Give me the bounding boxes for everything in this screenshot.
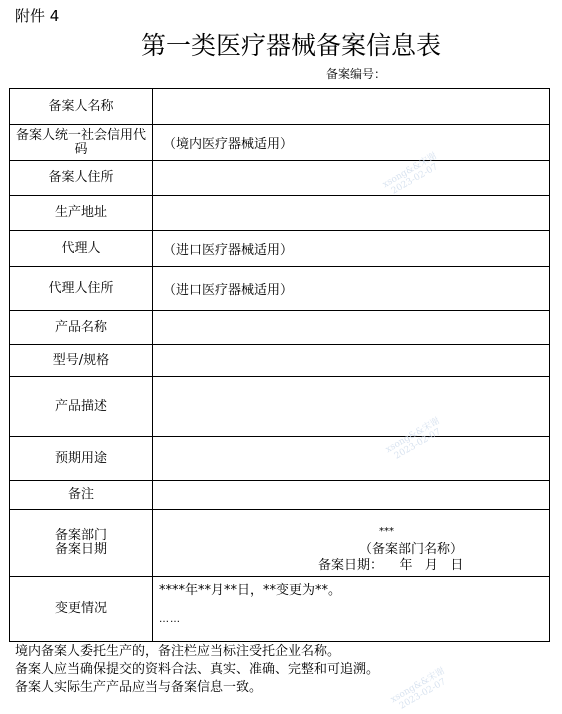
agent-field[interactable]: （进口医疗器械适用） xyxy=(153,231,550,267)
filer-name-field[interactable] xyxy=(153,89,550,125)
field-label: 备案人名称 xyxy=(10,89,153,125)
field-label: 备案人住所 xyxy=(10,161,153,196)
table-row-credit-code: 备案人统一社会信用代码 （境内医疗器械适用） xyxy=(10,125,550,161)
page-title: 第一类医疗器械备案信息表 xyxy=(0,30,562,62)
product-name-field[interactable] xyxy=(153,311,550,345)
table-row-production-address: 生产地址 xyxy=(10,196,550,231)
footnote: 备案人实际生产产品应当与备案信息一致。 xyxy=(15,679,379,697)
attachment-label: 附件 4 xyxy=(15,7,59,25)
table-row-intended-use: 预期用途 xyxy=(10,437,550,481)
remarks-field[interactable] xyxy=(153,481,550,510)
field-label: 预期用途 xyxy=(10,437,153,481)
table-row-product-name: 产品名称 xyxy=(10,311,550,345)
table-row-product-description: 产品描述 xyxy=(10,377,550,437)
change-history-field[interactable]: ****年**月**日，**变更为**。 …… xyxy=(153,577,550,642)
change-ellipsis: …… xyxy=(159,613,181,627)
intended-use-field[interactable] xyxy=(153,437,550,481)
table-row-remarks: 备注 xyxy=(10,481,550,510)
field-label: 产品名称 xyxy=(10,311,153,345)
table-row-model-spec: 型号/规格 xyxy=(10,345,550,377)
filer-address-field[interactable] xyxy=(153,161,550,196)
department-label: 备案部门 xyxy=(10,529,152,543)
product-description-field[interactable] xyxy=(153,377,550,437)
credit-code-field[interactable]: （境内医疗器械适用） xyxy=(153,125,550,161)
agent-address-field[interactable]: （进口医疗器械适用） xyxy=(153,267,550,311)
table-row-filer-address: 备案人住所 xyxy=(10,161,550,196)
field-label: 代理人住所 xyxy=(10,267,153,311)
table-row-change-history: 变更情况 ****年**月**日，**变更为**。 …… xyxy=(10,577,550,642)
table-row-filer-name: 备案人名称 xyxy=(10,89,550,125)
filing-date-line: 备案日期： 年 月 日 xyxy=(318,558,463,574)
field-label: 产品描述 xyxy=(10,377,153,437)
field-label: 生产地址 xyxy=(10,196,153,231)
department-name-placeholder: （备案部门名称） xyxy=(359,542,463,558)
model-spec-field[interactable] xyxy=(153,345,550,377)
filing-info-table: 备案人名称 备案人统一社会信用代码 （境内医疗器械适用） 备案人住所 生产地址 … xyxy=(9,88,550,642)
field-label: 变更情况 xyxy=(10,577,153,642)
table-row-agent: 代理人 （进口医疗器械适用） xyxy=(10,231,550,267)
date-label: 备案日期 xyxy=(10,543,152,557)
field-label: 备注 xyxy=(10,481,153,510)
watermark: xsong&&宋谢2023-02-07 xyxy=(389,666,452,714)
department-placeholder-stars: *** xyxy=(379,526,394,538)
table-row-department-date: 备案部门 备案日期 *** （备案部门名称） 备案日期： 年 月 日 xyxy=(10,510,550,577)
field-label: 代理人 xyxy=(10,231,153,267)
field-label: 备案人统一社会信用代码 xyxy=(10,125,153,161)
field-label: 备案部门 备案日期 xyxy=(10,510,153,577)
table-row-agent-address: 代理人住所 （进口医疗器械适用） xyxy=(10,267,550,311)
record-number-label: 备案编号： xyxy=(326,66,386,82)
department-date-field[interactable]: *** （备案部门名称） 备案日期： 年 月 日 xyxy=(153,510,550,577)
footnote: 境内备案人委托生产的，备注栏应当标注受托企业名称。 xyxy=(15,643,379,661)
footnotes: 境内备案人委托生产的，备注栏应当标注受托企业名称。 备案人应当确保提交的资料合法… xyxy=(15,643,379,697)
footnote: 备案人应当确保提交的资料合法、真实、准确、完整和可追溯。 xyxy=(15,661,379,679)
change-entry: ****年**月**日，**变更为**。 xyxy=(159,583,341,599)
field-label: 型号/规格 xyxy=(10,345,153,377)
production-address-field[interactable] xyxy=(153,196,550,231)
